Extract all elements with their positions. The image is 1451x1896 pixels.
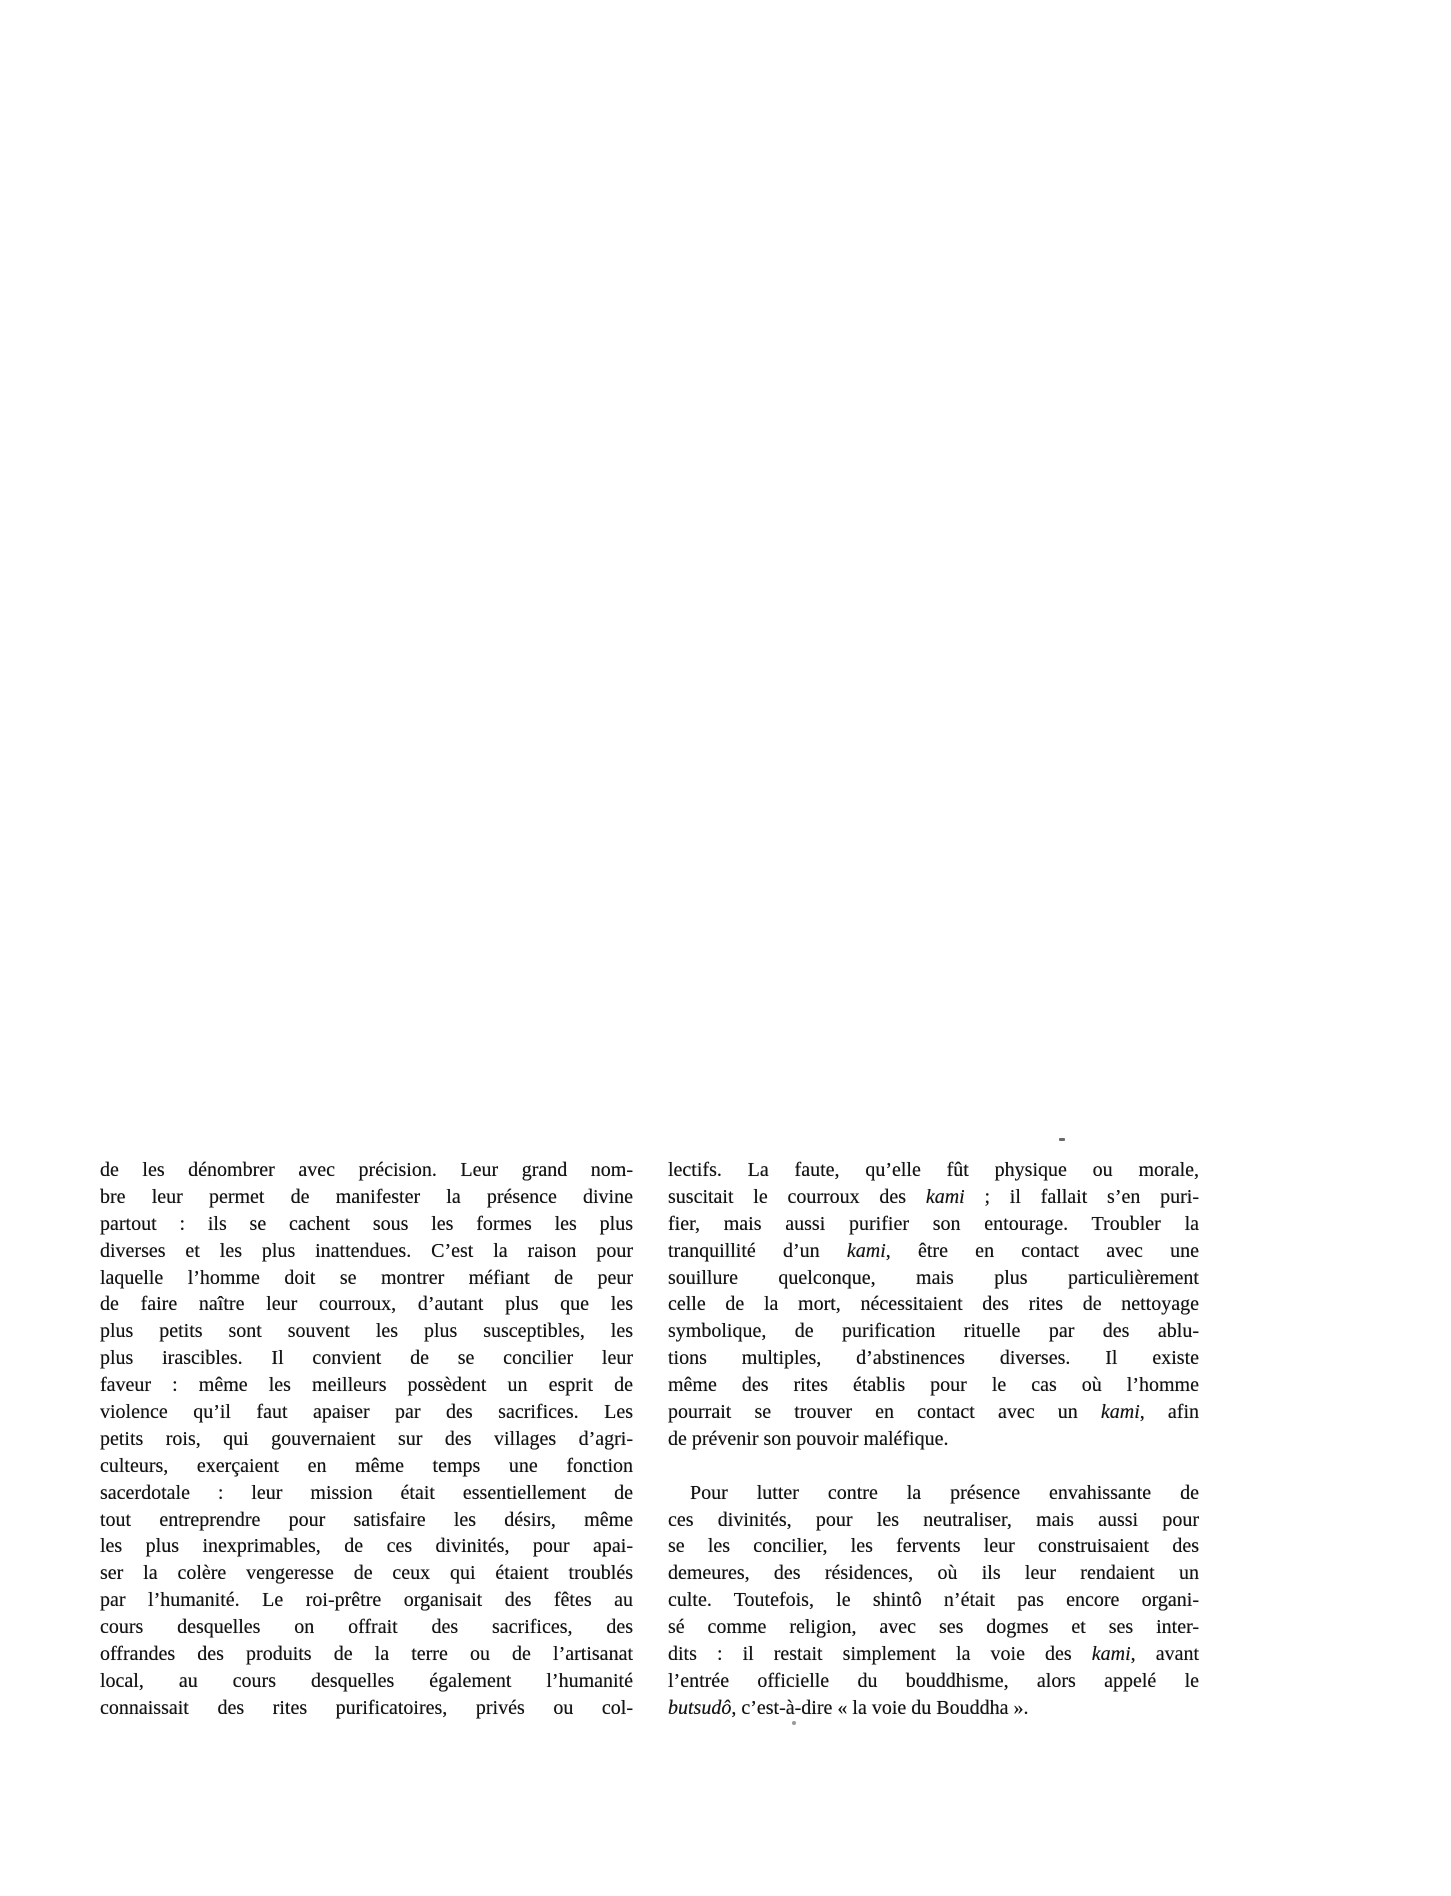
- text-segment: diverses et les plus inattendues. C’est …: [100, 1240, 633, 1262]
- italic-term: kami: [926, 1186, 965, 1208]
- text-line: butsudô, c’est-à-dire « la voie du Boudd…: [668, 1695, 1199, 1722]
- text-segment: souillure quelconque, mais plus particul…: [668, 1267, 1199, 1289]
- text-segment: partout : ils se cachent sous les formes…: [100, 1213, 633, 1235]
- text-segment: se les concilier, les fervents leur cons…: [668, 1535, 1199, 1557]
- text-line: petits rois, qui gouvernaient sur des vi…: [100, 1426, 633, 1453]
- text-line: connaissait des rites purificatoires, pr…: [100, 1695, 633, 1722]
- text-segment: culte. Toutefois, le shintô n’était pas …: [668, 1589, 1199, 1611]
- text-segment: plus irascibles. Il convient de se conci…: [100, 1347, 633, 1369]
- text-line: culteurs, exerçaient en même temps une f…: [100, 1453, 633, 1480]
- text-segment: ces divinités, pour les neutraliser, mai…: [668, 1509, 1199, 1531]
- text-line: dits : il restait simplement la voie des…: [668, 1641, 1199, 1668]
- text-segment: lectifs. La faute, qu’elle fût physique …: [668, 1159, 1199, 1181]
- text-segment: petits rois, qui gouvernaient sur des vi…: [100, 1428, 633, 1450]
- text-line: sacerdotale : leur mission était essenti…: [100, 1480, 633, 1507]
- text-line: diverses et les plus inattendues. C’est …: [100, 1238, 633, 1265]
- text-segment: offrandes des produits de la terre ou de…: [100, 1643, 633, 1665]
- text-segment: ser la colère vengeresse de ceux qui éta…: [100, 1562, 633, 1584]
- text-line: lectifs. La faute, qu’elle fût physique …: [668, 1157, 1199, 1184]
- blank-line: [668, 1453, 1199, 1480]
- text-segment: par l’humanité. Le roi-prêtre organisait…: [100, 1589, 633, 1611]
- text-line: violence qu’il faut apaiser par des sacr…: [100, 1399, 633, 1426]
- text-line: sé comme religion, avec ses dogmes et se…: [668, 1614, 1199, 1641]
- text-line: les plus inexprimables, de ces divinités…: [100, 1533, 633, 1560]
- text-line: fier, mais aussi purifier son entourage.…: [668, 1211, 1199, 1238]
- text-segment: , afin: [1140, 1401, 1199, 1423]
- text-segment: l’entrée officielle du bouddhisme, alors…: [668, 1670, 1199, 1692]
- text-line: celle de la mort, nécessitaient des rite…: [668, 1291, 1199, 1318]
- text-segment: dits : il restait simplement la voie des: [668, 1643, 1092, 1665]
- text-line: tions multiples, d’abstinences diverses.…: [668, 1345, 1199, 1372]
- text-segment: de les dénombrer avec précision. Leur gr…: [100, 1159, 633, 1181]
- text-segment: plus petits sont souvent les plus suscep…: [100, 1320, 633, 1342]
- text-segment: sé comme religion, avec ses dogmes et se…: [668, 1616, 1199, 1638]
- text-segment: laquelle l’homme doit se montrer méfiant…: [100, 1267, 633, 1289]
- text-segment: les plus inexprimables, de ces divinités…: [100, 1535, 633, 1557]
- text-segment: Pour lutter contre la présence envahissa…: [690, 1482, 1199, 1504]
- text-line: même des rites établis pour le cas où l’…: [668, 1372, 1199, 1399]
- text-line: symbolique, de purification rituelle par…: [668, 1318, 1199, 1345]
- text-segment: , être en contact avec une: [886, 1240, 1199, 1262]
- text-column-left: de les dénombrer avec précision. Leur gr…: [100, 1157, 633, 1722]
- text-line: plus irascibles. Il convient de se conci…: [100, 1345, 633, 1372]
- text-segment: demeures, des résidences, où ils leur re…: [668, 1562, 1199, 1584]
- italic-term: butsudô: [668, 1697, 731, 1719]
- text-segment: tout entreprendre pour satisfaire les dé…: [100, 1509, 633, 1531]
- text-line: laquelle l’homme doit se montrer méfiant…: [100, 1265, 633, 1292]
- text-line: Pour lutter contre la présence envahissa…: [668, 1480, 1199, 1507]
- text-segment: celle de la mort, nécessitaient des rite…: [668, 1293, 1199, 1315]
- text-segment: faveur : même les meilleurs possèdent un…: [100, 1374, 633, 1396]
- text-line: partout : ils se cachent sous les formes…: [100, 1211, 633, 1238]
- text-line: de prévenir son pouvoir maléfique.: [668, 1426, 1199, 1453]
- text-line: plus petits sont souvent les plus suscep…: [100, 1318, 633, 1345]
- italic-term: kami: [847, 1240, 886, 1262]
- text-segment: même des rites établis pour le cas où l’…: [668, 1374, 1199, 1396]
- italic-term: kami: [1101, 1401, 1140, 1423]
- text-segment: tions multiples, d’abstinences diverses.…: [668, 1347, 1199, 1369]
- text-segment: sacerdotale : leur mission était essenti…: [100, 1482, 633, 1504]
- italic-term: kami: [1092, 1643, 1131, 1665]
- text-segment: de faire naître leur courroux, d’autant …: [100, 1293, 633, 1315]
- text-segment: , avant: [1131, 1643, 1199, 1665]
- text-line: par l’humanité. Le roi-prêtre organisait…: [100, 1587, 633, 1614]
- text-line: ser la colère vengeresse de ceux qui éta…: [100, 1560, 633, 1587]
- text-line: faveur : même les meilleurs possèdent un…: [100, 1372, 633, 1399]
- text-line: se les concilier, les fervents leur cons…: [668, 1533, 1199, 1560]
- text-line: offrandes des produits de la terre ou de…: [100, 1641, 633, 1668]
- scan-speck: [1059, 1138, 1065, 1141]
- text-segment: culteurs, exerçaient en même temps une f…: [100, 1455, 633, 1477]
- text-line: de faire naître leur courroux, d’autant …: [100, 1291, 633, 1318]
- text-segment: connaissait des rites purificatoires, pr…: [100, 1697, 633, 1719]
- text-line: souillure quelconque, mais plus particul…: [668, 1265, 1199, 1292]
- text-segment: cours desquelles on offrait des sacrific…: [100, 1616, 633, 1638]
- text-segment: de prévenir son pouvoir maléfique.: [668, 1428, 948, 1450]
- text-segment: bre leur permet de manifester la présenc…: [100, 1186, 633, 1208]
- text-line: tranquillité d’un kami, être en contact …: [668, 1238, 1199, 1265]
- text-line: suscitait le courroux des kami ; il fall…: [668, 1184, 1199, 1211]
- text-segment: , c’est-à-dire « la voie du Bouddha ».: [731, 1697, 1028, 1719]
- text-segment: tranquillité d’un: [668, 1240, 847, 1262]
- text-line: tout entreprendre pour satisfaire les dé…: [100, 1507, 633, 1534]
- text-segment: symbolique, de purification rituelle par…: [668, 1320, 1199, 1342]
- text-line: pourrait se trouver en contact avec un k…: [668, 1399, 1199, 1426]
- text-segment: local, au cours desquelles également l’h…: [100, 1670, 633, 1692]
- text-line: local, au cours desquelles également l’h…: [100, 1668, 633, 1695]
- text-line: bre leur permet de manifester la présenc…: [100, 1184, 633, 1211]
- text-column-right: lectifs. La faute, qu’elle fût physique …: [668, 1157, 1199, 1722]
- text-segment: violence qu’il faut apaiser par des sacr…: [100, 1401, 633, 1423]
- text-line: cours desquelles on offrait des sacrific…: [100, 1614, 633, 1641]
- text-segment: pourrait se trouver en contact avec un: [668, 1401, 1101, 1423]
- text-line: de les dénombrer avec précision. Leur gr…: [100, 1157, 633, 1184]
- text-line: ces divinités, pour les neutraliser, mai…: [668, 1507, 1199, 1534]
- text-segment: ; il fallait s’en puri-: [965, 1186, 1199, 1208]
- text-line: l’entrée officielle du bouddhisme, alors…: [668, 1668, 1199, 1695]
- book-page: de les dénombrer avec précision. Leur gr…: [0, 0, 1451, 1896]
- text-line: demeures, des résidences, où ils leur re…: [668, 1560, 1199, 1587]
- text-segment: suscitait le courroux des: [668, 1186, 926, 1208]
- text-line: culte. Toutefois, le shintô n’était pas …: [668, 1587, 1199, 1614]
- text-segment: fier, mais aussi purifier son entourage.…: [668, 1213, 1199, 1235]
